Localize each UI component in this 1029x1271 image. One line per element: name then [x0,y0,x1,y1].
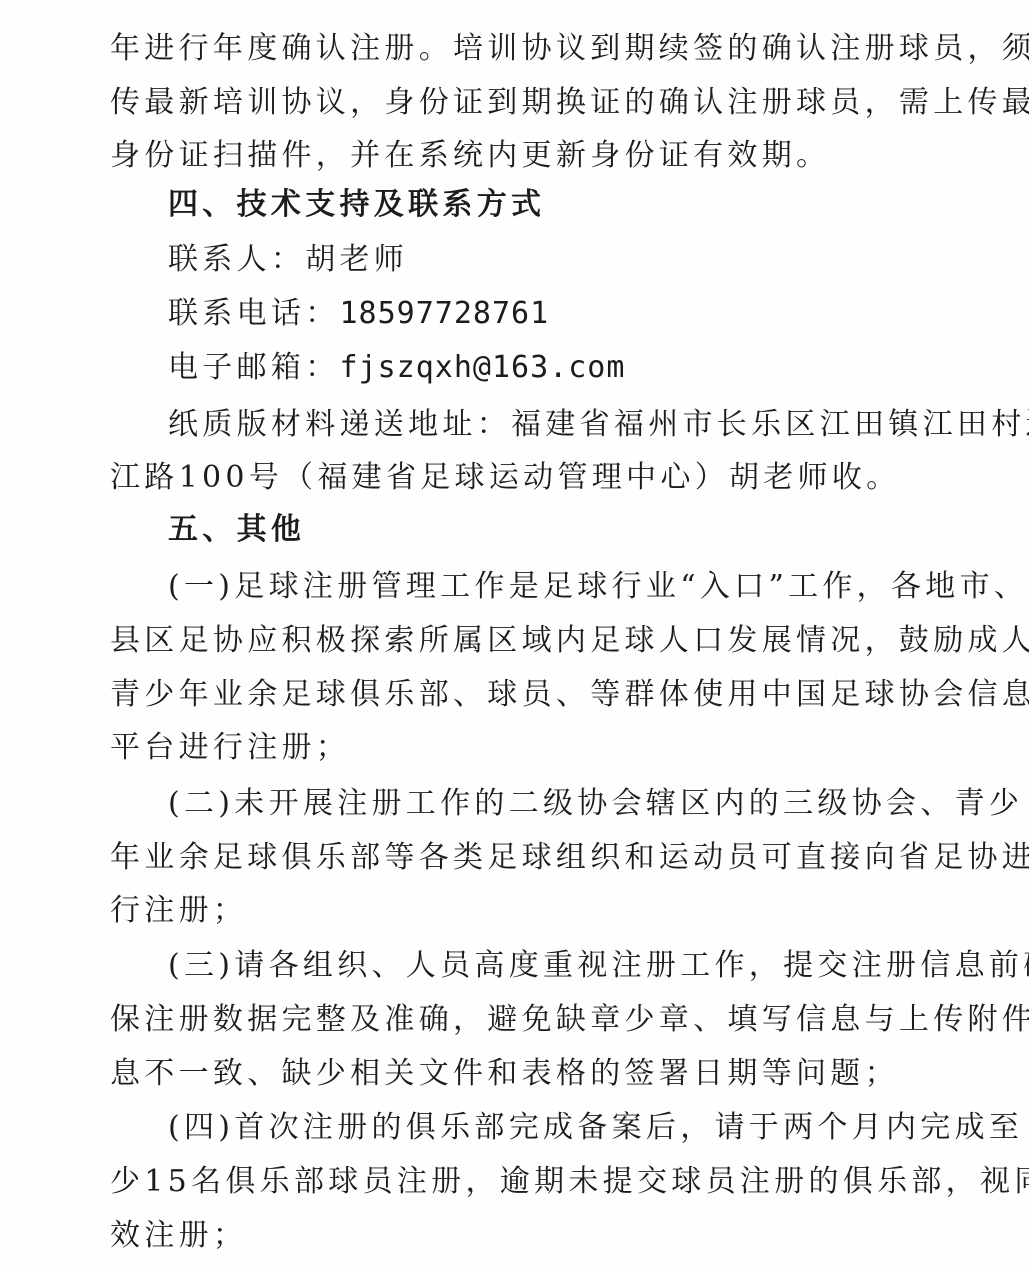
text-line: 少15名俱乐部球员注册，逾期未提交球员注册的俱乐部，视同无 [110,1162,1029,1202]
address-line: 江路100号（福建省足球运动管理中心）胡老师收。 [110,458,900,498]
contact-person-value: 胡老师 [305,242,408,277]
text-line: (二)未开展注册工作的二级协会辖区内的三级协会、青少 [168,784,1023,824]
text-line: (三)请各组织、人员高度重视注册工作，提交注册信息前确 [168,946,1029,986]
email-label: 电子邮箱： [168,350,340,385]
email-value: fjszqxh@163.com [340,350,626,385]
text-line: 传最新培训协议，身份证到期换证的确认注册球员，需上传最新 [110,83,1029,123]
text-line: (四)首次注册的俱乐部完成备案后，请于两个月内完成至 [168,1108,1023,1148]
text-line: 平台进行注册； [110,728,350,768]
email-row: 电子邮箱：fjszqxh@163.com [168,348,625,388]
text-line: 身份证扫描件，并在系统内更新身份证有效期。 [110,136,830,176]
text-line: 息不一致、缺少相关文件和表格的签署日期等问题； [110,1054,899,1094]
document-page: 年进行年度确认注册。培训协议到期续签的确认注册球员，须上 传最新培训协议，身份证… [0,0,1029,1271]
text-line: 县区足协应积极探索所属区域内足球人口发展情况，鼓励成人及 [110,621,1029,661]
section-heading: 五、其他 [168,510,305,550]
contact-person-row: 联系人：胡老师 [168,240,408,280]
text-line: 行注册； [110,891,247,931]
section-heading: 四、技术支持及联系方式 [168,185,545,225]
phone-value: 18597728761 [340,296,550,331]
text-line: 青少年业余足球俱乐部、球员、等群体使用中国足球协会信息化 [110,675,1029,715]
text-line: 保注册数据完整及准确，避免缺章少章、填写信息与上传附件信 [110,1000,1029,1040]
contact-person-label: 联系人： [168,242,305,277]
text-line: (一)足球注册管理工作是足球行业“入口”工作，各地市、 [168,567,1028,607]
phone-row: 联系电话：18597728761 [168,294,549,334]
phone-label: 联系电话： [168,296,340,331]
text-line: 年进行年度确认注册。培训协议到期续签的确认注册球员，须上 [110,29,1029,69]
text-line: 效注册； [110,1216,247,1256]
address-line: 纸质版材料递送地址：福建省福州市长乐区江田镇江田村通 [168,405,1029,445]
text-line: 年业余足球俱乐部等各类足球组织和运动员可直接向省足协进 [110,838,1029,878]
